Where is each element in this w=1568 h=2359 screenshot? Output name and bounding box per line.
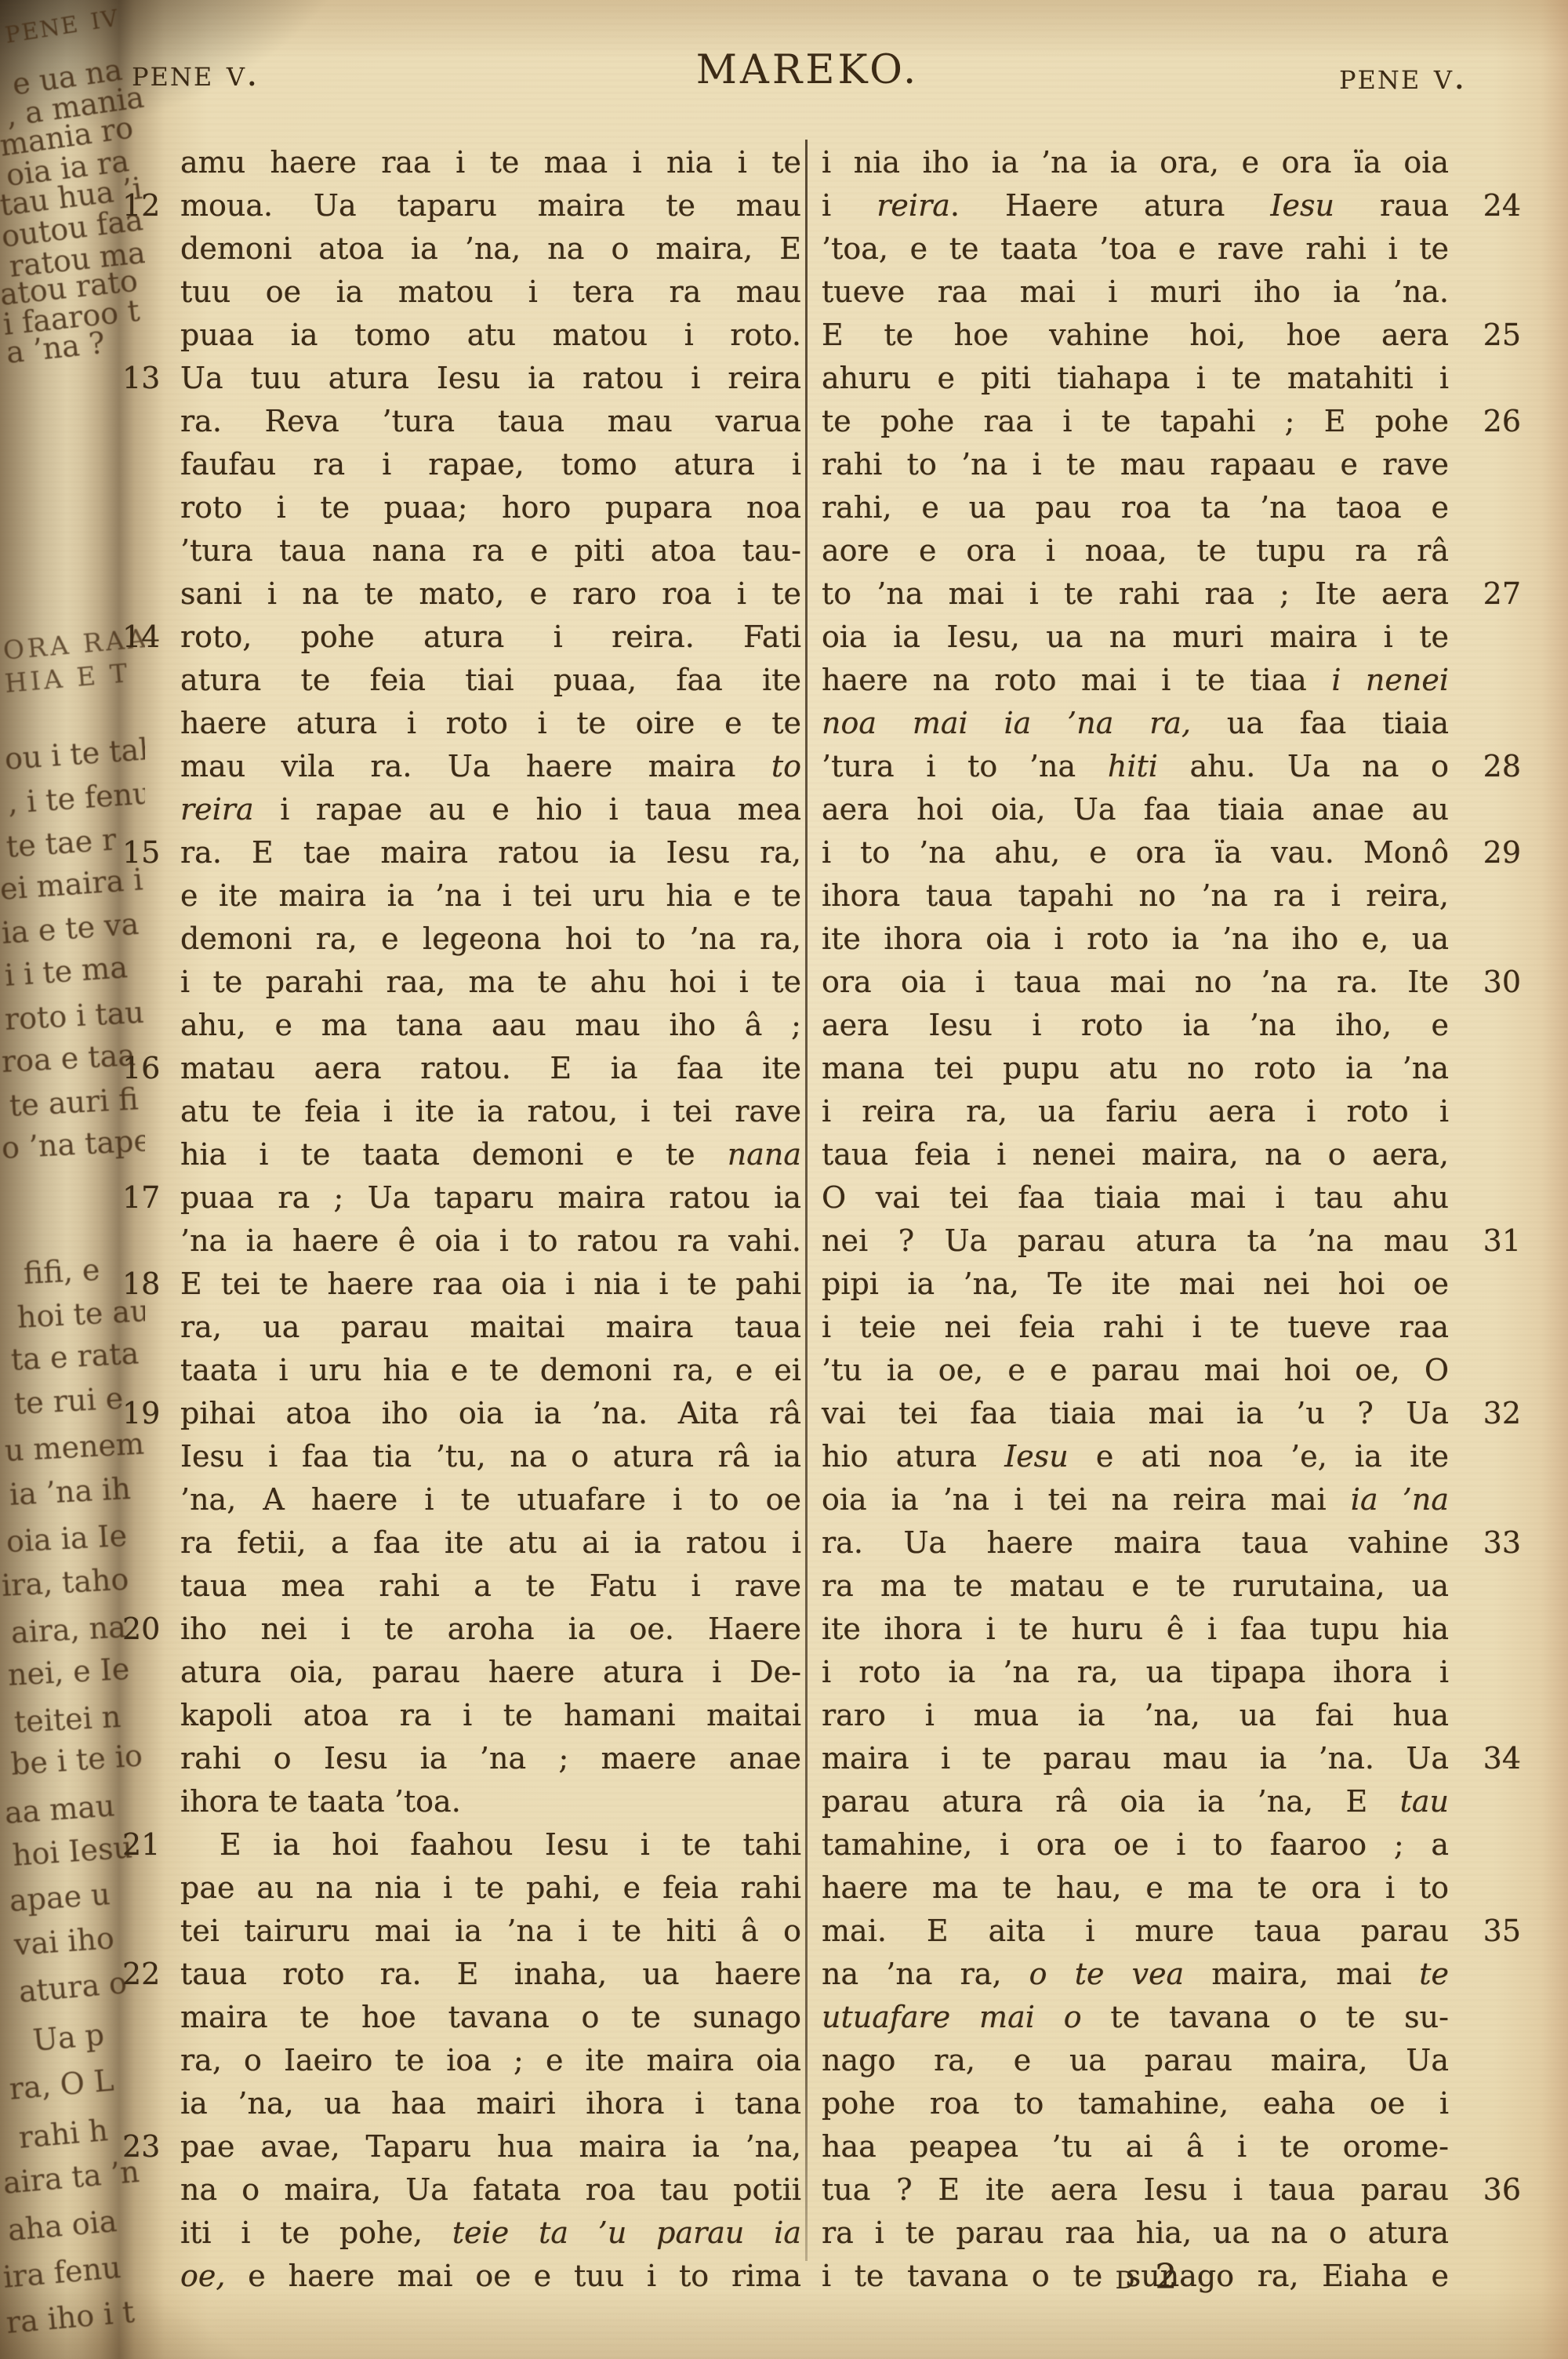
text: haere atura i roto i te oire e te [180, 706, 801, 740]
text-line: ia ’na, ua haa mairi ihora i tana [180, 2082, 801, 2125]
prev-page-fragment: aha oia [6, 2204, 118, 2248]
text-line: utuafare mai o te tavana o te su- [822, 1996, 1449, 2039]
italic-text: to [771, 749, 801, 783]
text-line: ra, ua parau maitai maira taua [180, 1306, 801, 1349]
right-column: i nia iho ia ’na ia ora, e ora ïa oiai r… [822, 141, 1449, 2298]
text: pohe roa to tamahine, eaha oe i [822, 2086, 1449, 2121]
verse-number: 19 [122, 1392, 160, 1435]
text: mau vila ra. Ua haere maira [180, 749, 771, 783]
text-line: E ia hoi faahou Iesu i te tahi21 [180, 1823, 801, 1866]
text-line: parau atura râ oia ia ’na, E tau [822, 1780, 1449, 1823]
text: maira, mai [1184, 1957, 1419, 1991]
text: faufau ra i rapae, tomo atura i [180, 447, 801, 482]
text: ahuru e piti tiahapa i te matahiti i [822, 361, 1449, 395]
text-line: nei ? Ua parau atura ta ’na mau31 [822, 1219, 1449, 1263]
text-line: ra fetii, a faa ite atu ai ia ratou i [180, 1521, 801, 1565]
text-line: aera Iesu i roto ia ’na iho, e [822, 1004, 1449, 1047]
italic-text: Iesu [1270, 188, 1334, 223]
text-line: pipi ia ’na, Te ite mai nei hoi oe [822, 1263, 1449, 1306]
text: ra ma te matau e te rurutaina, ua [822, 1568, 1449, 1603]
text: ra fetii, a faa ite atu ai ia ratou i [180, 1525, 801, 1560]
text: i rapae au e hio i taua mea [254, 792, 801, 827]
text-line: puaa ra ; Ua taparu maira ratou ia17 [180, 1176, 801, 1219]
column-divider [805, 140, 808, 2261]
text: e ite maira ia ’na i tei uru hia e te [180, 878, 801, 913]
text-line: ra. E tae maira ratou ia Iesu ra,15 [180, 831, 801, 874]
italic-text: noa mai ia ’na ra, [822, 706, 1191, 740]
text: aore e ora i noaa, te tupu ra râ [822, 533, 1449, 568]
text: ora oia i taua mai no ’na ra. Ite [822, 965, 1449, 999]
text-line: Ua tuu atura Iesu ia ratou i reira13 [180, 357, 801, 400]
text: pihai atoa iho oia ia ’na. Aita râ [180, 1396, 801, 1430]
text: ra. Ua haere maira taua vahine [822, 1525, 1449, 1560]
text-line: ra, o Iaeiro te ioa ; e ite maira oia [180, 2039, 801, 2082]
text: atura te feia tiai puaa, faa ite [180, 663, 801, 697]
text-line: i teie nei feia rahi i te tueve raa [822, 1306, 1449, 1349]
prev-page-fragment: atura o [17, 1965, 128, 2009]
prev-page-fragment: ira, taho [1, 1562, 130, 1603]
text-line: faufau ra i rapae, tomo atura i [180, 443, 801, 486]
verse-number: 35 [1483, 1910, 1521, 1953]
text: ’na, A haere i te utuafare i to oe [180, 1482, 801, 1517]
prev-page-fragment: apae u [8, 1877, 111, 1918]
verse-number: 18 [122, 1263, 160, 1306]
text-line: noa mai ia ’na ra, ua faa tiaia [822, 702, 1449, 745]
left-column: amu haere raa i te maa i nia i temoua. U… [180, 141, 801, 2298]
text: oia ia Iesu, ua na muri maira i te [822, 620, 1449, 654]
text: i reira ra, ua fariu aera i roto i [822, 1094, 1449, 1129]
text-line: ’tura i to ’na hiti ahu. Ua na o28 [822, 745, 1449, 788]
prev-page-fragment: aira, na [10, 1609, 127, 1650]
text-line: E te hoe vahine hoi, hoe aera25 [822, 314, 1449, 357]
text-line: moua. Ua taparu maira te mau12 [180, 184, 801, 227]
verse-number: 16 [122, 1047, 160, 1090]
text-line: roto, pohe atura i reira. Fati14 [180, 616, 801, 659]
italic-text: teie ta ’u parau ia [452, 2215, 801, 2250]
text: raua [1334, 188, 1449, 223]
text-line: ahuru e piti tiahapa i te matahiti i [822, 357, 1449, 400]
text-line: mau vila ra. Ua haere maira to [180, 745, 801, 788]
text: matau aera ratou. E ia faa ite [180, 1051, 801, 1085]
text-line: ihora te taata ’toa. [180, 1780, 801, 1823]
italic-text: tau [1400, 1784, 1449, 1819]
text: mai. E aita i mure taua parau [822, 1914, 1449, 1948]
text: to ’na mai i te rahi raa ; Ite aera [822, 576, 1449, 611]
running-header-right: Pene V. [1339, 55, 1467, 97]
text-line: tamahine, i ora oe i to faaroo ; a [822, 1823, 1449, 1866]
prev-page-fragment: rahi h [17, 2113, 109, 2155]
prev-page-fragment: aira ta ’n [2, 2154, 140, 2201]
italic-text: Iesu [1004, 1439, 1068, 1474]
text: demoni ra, e legeona hoi to ’na ra, [180, 921, 801, 956]
text: vai tei faa tiaia mai ia ’u ? Ua [822, 1396, 1449, 1430]
text-line: maira te hoe tavana o te sunago [180, 1996, 801, 2039]
text: puaa ra ; Ua taparu maira ratou ia [180, 1180, 801, 1215]
text-line: na o maira, Ua fatata roa tau potii [180, 2168, 801, 2212]
text: taua feia i nenei maira, na o aera, [822, 1137, 1449, 1172]
text-line: iti i te pohe, teie ta ’u parau ia [180, 2212, 801, 2255]
text-line: ra. Ua haere maira taua vahine33 [822, 1521, 1449, 1565]
text: amu haere raa i te maa i nia i te [180, 145, 801, 180]
text: ahu, e ma tana aau mau iho â ; [180, 1008, 801, 1042]
text-line: pae avae, Taparu hua maira ia ’na,23 [180, 2125, 801, 2168]
italic-text: i nenei [1331, 663, 1449, 697]
text-line: haere na roto mai i te tiaa i nenei [822, 659, 1449, 702]
text-line: ’na ia haere ê oia i to ratou ra vahi. [180, 1219, 801, 1263]
text-line: Iesu i faa tia ’tu, na o atura râ ia [180, 1435, 801, 1478]
text: parau atura râ oia ia ’na, E [822, 1784, 1400, 1819]
page-title: MAREKO. [674, 47, 941, 93]
text: iti i te pohe, [180, 2215, 452, 2250]
text: ua faa tiaia [1191, 706, 1449, 740]
verse-number: 17 [122, 1176, 160, 1219]
text-line: atura oia, parau haere atura i De- [180, 1651, 801, 1694]
text: puaa ia tomo atu matou i roto. [180, 318, 801, 352]
text: e haere mai oe e tuu i to rima [225, 2259, 801, 2293]
text-line: hio atura Iesu e ati noa ’e, ia ite [822, 1435, 1449, 1478]
text: Ua tuu atura Iesu ia ratou i reira [180, 361, 801, 395]
text-line: E tei te haere raa oia i nia i te pahi18 [180, 1263, 801, 1306]
text-line: roto i te puaa; horo pupara noa [180, 486, 801, 529]
verse-number: 20 [122, 1608, 160, 1651]
text: ’tu ia oe, e e parau mai hoi oe, O [822, 1353, 1449, 1387]
verse-number: 36 [1483, 2168, 1521, 2212]
prev-page-fragment: ra iho i t [5, 2295, 136, 2340]
text-line: ite ihora i te huru ê i faa tupu hia [822, 1608, 1449, 1651]
text: aera Iesu i roto ia ’na iho, e [822, 1008, 1449, 1042]
text-line: mana tei pupu atu no roto ia ’na [822, 1047, 1449, 1090]
text: haa peapea ’tu ai â i te orome- [822, 2129, 1449, 2164]
italic-text: o te vea [1029, 1957, 1185, 1991]
text: ahu. Ua na o [1158, 749, 1449, 783]
text: na ’na ra, [822, 1957, 1029, 1991]
prev-page-fragment: roa e taa [1, 1038, 136, 1079]
text: iho nei i te aroha ia oe. Haere [180, 1612, 801, 1646]
text: pipi ia ’na, Te ite mai nei hoi oe [822, 1267, 1449, 1301]
text: E te hoe vahine hoi, hoe aera [822, 318, 1449, 352]
prev-page-fragment: Ua p [31, 2017, 106, 2058]
text: na o maira, Ua fatata roa tau potii [180, 2172, 801, 2207]
book-page-photo: Pene IVe ua na, a maniamania rooia ia ra… [0, 0, 1568, 2359]
verse-number: 25 [1483, 314, 1521, 357]
italic-text: ia ’na [1351, 1482, 1449, 1517]
italic-text: te [1419, 1957, 1449, 1991]
prev-page-fragment: be i te io [9, 1738, 143, 1782]
verse-number: 12 [122, 184, 160, 227]
text-line: nago ra, e ua parau maira, Ua [822, 2039, 1449, 2082]
verse-number: 33 [1483, 1521, 1521, 1565]
text: ite ihora oia i roto ia ’na iho e, ua [822, 921, 1449, 956]
prev-page-fragment: te rui e [13, 1381, 124, 1421]
text: pae avae, Taparu hua maira ia ’na, [180, 2129, 801, 2164]
text-line: raro i mua ia ’na, ua fai hua [822, 1694, 1449, 1737]
text-line: tueve raa mai i muri iho ia ’na. [822, 271, 1449, 314]
text-line: i reira ra, ua fariu aera i roto i [822, 1090, 1449, 1133]
prev-page-fragment: vai iho [13, 1921, 115, 1962]
text-line: amu haere raa i te maa i nia i te [180, 141, 801, 184]
verse-number: 23 [122, 2125, 160, 2168]
text-line: rahi o Iesu ia ’na ; maere anae [180, 1737, 801, 1780]
text-line: i reira. Haere atura Iesu raua24 [822, 184, 1449, 227]
text-line: pae au na nia i te pahi, e feia rahi [180, 1866, 801, 1910]
text-line: ra. Reva ’tura taua mau varua [180, 400, 801, 443]
text: e ati noa ’e, ia ite [1069, 1439, 1449, 1474]
text: te tavana o te su- [1082, 2000, 1449, 2034]
text: oia ia ’na i tei na reira mai [822, 1482, 1351, 1517]
text: raro i mua ia ’na, ua fai hua [822, 1698, 1449, 1732]
text-line: i roto ia ’na ra, ua tipapa ihora i [822, 1651, 1449, 1694]
text: rahi o Iesu ia ’na ; maere anae [180, 1741, 801, 1776]
text: ’tura taua nana ra e piti atoa tau- [180, 533, 801, 568]
text: ’toa, e te taata ’toa e rave rahi i te [822, 231, 1449, 266]
verse-number: 34 [1483, 1737, 1521, 1780]
text: moua. Ua taparu maira te mau [180, 188, 801, 223]
text-line: kapoli atoa ra i te hamani maitai [180, 1694, 801, 1737]
text: ra i te parau raa hia, ua na o atura [822, 2215, 1449, 2250]
prev-page-fragment: ou i te tah [3, 731, 145, 776]
text: ra. E tae maira ratou ia Iesu ra, [180, 835, 801, 870]
text-line: ’toa, e te taata ’toa e rave rahi i te [822, 227, 1449, 271]
text-line: haere atura i roto i te oire e te [180, 702, 801, 745]
text-line: ’tura taua nana ra e piti atoa tau- [180, 529, 801, 572]
text: hio atura [822, 1439, 1004, 1474]
text: haere na roto mai i te tiaa [822, 663, 1331, 697]
text: ’na ia haere ê oia i to ratou ra vahi. [180, 1223, 801, 1258]
text-line: ite ihora oia i roto ia ’na iho e, ua [822, 918, 1449, 961]
text: ihora te taata ’toa. [180, 1784, 461, 1819]
text: ra. Reva ’tura taua mau varua [180, 404, 801, 438]
text-line: haa peapea ’tu ai â i te orome- [822, 2125, 1449, 2168]
verse-number: 31 [1483, 1219, 1521, 1263]
text: ra, ua parau maitai maira taua [180, 1310, 801, 1344]
printers-signature: D 2 [1086, 2257, 1211, 2297]
text: roto i te puaa; horo pupara noa [180, 490, 801, 525]
text: i to ’na ahu, e ora ïa vau. Monô [822, 835, 1449, 870]
text: atu te feia i ite ia ratou, i tei rave [180, 1094, 801, 1129]
text-line: demoni ra, e legeona hoi to ’na ra, [180, 918, 801, 961]
text-line: i te parahi raa, ma te ahu hoi i te [180, 961, 801, 1004]
text-line: demoni atoa ia ’na, na o maira, E [180, 227, 801, 271]
text: maira te hoe tavana o te sunago [180, 2000, 801, 2034]
text-line: atura te feia tiai puaa, faa ite [180, 659, 801, 702]
prev-page-fragment: i i te ma [3, 950, 129, 993]
italic-text: hiti [1108, 749, 1158, 783]
text-line: taua mea rahi a te Fatu i rave [180, 1565, 801, 1608]
prev-page-fragment: fifi, e [23, 1252, 101, 1291]
verse-number: 15 [122, 831, 160, 874]
prev-page-fragment: ia e te va [0, 907, 140, 951]
italic-text: reira [180, 792, 254, 827]
text: i [822, 188, 877, 223]
text-line: vai tei faa tiaia mai ia ’u ? Ua32 [822, 1392, 1449, 1435]
text: demoni atoa ia ’na, na o maira, E [180, 231, 801, 266]
prev-page-fragment: oia ia Ie [5, 1518, 128, 1559]
text-line: rahi to ’na i te mau rapaau e rave [822, 443, 1449, 486]
text: nei ? Ua parau atura ta ’na mau [822, 1223, 1449, 1258]
prev-page-fragment: o ’na tape [1, 1123, 145, 1165]
text-line: tuu oe ia matou i tera ra mau [180, 271, 801, 314]
running-header-left: Pene V. [132, 52, 260, 94]
text-line: ra i te parau raa hia, ua na o atura [822, 2212, 1449, 2255]
text-line: O vai tei faa tiaia mai i tau ahu [822, 1176, 1449, 1219]
text: aera hoi oia, Ua faa tiaia anae au [822, 792, 1449, 827]
text: ihora taua tapahi no ’na ra i reira, [822, 878, 1449, 913]
prev-page-fragment: Pene IV [2, 0, 122, 51]
text-line: i nia iho ia ’na ia ora, e ora ïa oia [822, 141, 1449, 184]
verse-number: 24 [1483, 184, 1521, 227]
text-line: na ’na ra, o te vea maira, mai te [822, 1953, 1449, 1996]
text: Iesu i faa tia ’tu, na o atura râ ia [180, 1439, 801, 1474]
text-line: te pohe raa i te tapahi ; E pohe26 [822, 400, 1449, 443]
text-line: ora oia i taua mai no ’na ra. Ite30 [822, 961, 1449, 1004]
text: taata i uru hia e te demoni ra, e ei [180, 1353, 801, 1387]
verse-number: 22 [122, 1953, 160, 1996]
text: i teie nei feia rahi i te tueve raa [822, 1310, 1449, 1344]
text: tamahine, i ora oe i to faaroo ; a [822, 1827, 1449, 1862]
text-line: haere ma te hau, e ma te ora i to [822, 1866, 1449, 1910]
text: rahi, e ua pau roa ta ’na taoa e [822, 490, 1449, 525]
text-line: taata i uru hia e te demoni ra, e ei [180, 1349, 801, 1392]
text-line: e ite maira ia ’na i tei uru hia e te [180, 874, 801, 918]
italic-text: oe, [180, 2259, 225, 2293]
prev-page-fragment: te tae r [5, 822, 117, 864]
text-line: tei tairuru mai ia ’na i te hiti â o [180, 1910, 801, 1953]
text-line: oe, e haere mai oe e tuu i to rima [180, 2255, 801, 2298]
text: taua mea rahi a te Fatu i rave [180, 1568, 801, 1603]
prev-page-fragment: hoi Iesu [11, 1830, 133, 1873]
text-line: ’tu ia oe, e e parau mai hoi oe, O [822, 1349, 1449, 1392]
verse-number: 27 [1483, 572, 1521, 616]
text-line: rahi, e ua pau roa ta ’na taoa e [822, 486, 1449, 529]
text-line: ra ma te matau e te rurutaina, ua [822, 1565, 1449, 1608]
text-line: taua feia i nenei maira, na o aera, [822, 1133, 1449, 1176]
text-line: aore e ora i noaa, te tupu ra râ [822, 529, 1449, 572]
text-line: hia i te taata demoni e te nana [180, 1133, 801, 1176]
text: E ia hoi faahou Iesu i te tahi [220, 1827, 801, 1862]
verse-number: 28 [1483, 745, 1521, 788]
verse-number: 32 [1483, 1392, 1521, 1435]
text: ia ’na, ua haa mairi ihora i tana [180, 2086, 801, 2121]
prev-page-fragment: te auri fi [9, 1081, 140, 1123]
text: O vai tei faa tiaia mai i tau ahu [822, 1180, 1449, 1215]
text: pae au na nia i te pahi, e feia rahi [180, 1870, 801, 1905]
text-line: to ’na mai i te rahi raa ; Ite aera27 [822, 572, 1449, 616]
text: rahi to ’na i te mau rapaau e rave [822, 447, 1449, 482]
text: . Haere atura [950, 188, 1271, 223]
text: tueve raa mai i muri iho ia ’na. [822, 274, 1449, 309]
text-line: ahu, e ma tana aau mau iho â ; [180, 1004, 801, 1047]
text-line: iho nei i te aroha ia oe. Haere20 [180, 1608, 801, 1651]
text: kapoli atoa ra i te hamani maitai [180, 1698, 801, 1732]
italic-text: reira [877, 188, 950, 223]
prev-page-fragment: ta e rata [10, 1336, 140, 1376]
prev-page-fragment: teitei n [13, 1699, 122, 1739]
verse-number: 21 [122, 1823, 160, 1866]
verse-number: 13 [122, 357, 160, 400]
text: i nia iho ia ’na ia ora, e ora ïa oia [822, 145, 1449, 180]
text: tua ? E ite aera Iesu i taua parau [822, 2172, 1449, 2207]
text-line: sani i na te mato, e raro roa i te [180, 572, 801, 616]
prev-page-fragment: ra, O L [8, 2063, 115, 2106]
text: sani i na te mato, e raro roa i te [180, 576, 801, 611]
text-line: pihai atoa iho oia ia ’na. Aita râ19 [180, 1392, 801, 1435]
text-line: mai. E aita i mure taua parau35 [822, 1910, 1449, 1953]
text: mana tei pupu atu no roto ia ’na [822, 1051, 1449, 1085]
text: te pohe raa i te tapahi ; E pohe [822, 404, 1449, 438]
text: maira i te parau mau ia ’na. Ua [822, 1741, 1449, 1776]
text: ra, o Iaeiro te ioa ; e ite maira oia [180, 2043, 801, 2077]
text-line: i to ’na ahu, e ora ïa vau. Monô29 [822, 831, 1449, 874]
text: atura oia, parau haere atura i De- [180, 1655, 801, 1689]
text-line: ’na, A haere i te utuafare i to oe [180, 1478, 801, 1521]
text-line: tua ? E ite aera Iesu i taua parau36 [822, 2168, 1449, 2212]
text-line: oia ia Iesu, ua na muri maira i te [822, 616, 1449, 659]
text: E tei te haere raa oia i nia i te pahi [180, 1267, 801, 1301]
text: i roto ia ’na ra, ua tipapa ihora i [822, 1655, 1449, 1689]
prev-page-fragment: aa mau [3, 1788, 115, 1830]
text: tuu oe ia matou i tera ra mau [180, 274, 801, 309]
text-line: ihora taua tapahi no ’na ra i reira, [822, 874, 1449, 918]
text-line: aera hoi oia, Ua faa tiaia anae au [822, 788, 1449, 831]
italic-text: utuafare mai o [822, 2000, 1082, 2034]
text: ite ihora i te huru ê i faa tupu hia [822, 1612, 1449, 1646]
verse-number: 29 [1483, 831, 1521, 874]
prev-page-fragment: nei, e Ie [7, 1652, 130, 1692]
text: roto, pohe atura i reira. Fati [180, 620, 801, 654]
prev-page-fragment: , i te fenu [6, 776, 145, 820]
text-line: taua roto ra. E inaha, ua haere22 [180, 1953, 801, 1996]
text: i te parahi raa, ma te ahu hoi i te [180, 965, 801, 999]
text: taua roto ra. E inaha, ua haere [180, 1957, 801, 1991]
verse-number: 26 [1483, 400, 1521, 443]
verse-number: 14 [122, 616, 160, 659]
text-line: puaa ia tomo atu matou i roto. [180, 314, 801, 357]
italic-text: nana [728, 1137, 801, 1172]
text: haere ma te hau, e ma te ora i to [822, 1870, 1449, 1905]
text-line: maira i te parau mau ia ’na. Ua34 [822, 1737, 1449, 1780]
text-line: pohe roa to tamahine, eaha oe i [822, 2082, 1449, 2125]
text: tei tairuru mai ia ’na i te hiti â o [180, 1914, 801, 1948]
text: hia i te taata demoni e te [180, 1137, 728, 1172]
text-line: matau aera ratou. E ia faa ite16 [180, 1047, 801, 1090]
text-line: reira i rapae au e hio i taua mea [180, 788, 801, 831]
prev-page-fragment: roto i tau [4, 995, 145, 1037]
prev-page-fragment: ira fenu [2, 2250, 122, 2295]
prev-page-fragment: ia ’na ih [9, 1471, 132, 1512]
text: nago ra, e ua parau maira, Ua [822, 2043, 1449, 2077]
text-line: oia ia ’na i tei na reira mai ia ’na [822, 1478, 1449, 1521]
text: ’tura i to ’na [822, 749, 1108, 783]
verse-number: 30 [1483, 961, 1521, 1004]
text-line: atu te feia i ite ia ratou, i tei rave [180, 1090, 801, 1133]
